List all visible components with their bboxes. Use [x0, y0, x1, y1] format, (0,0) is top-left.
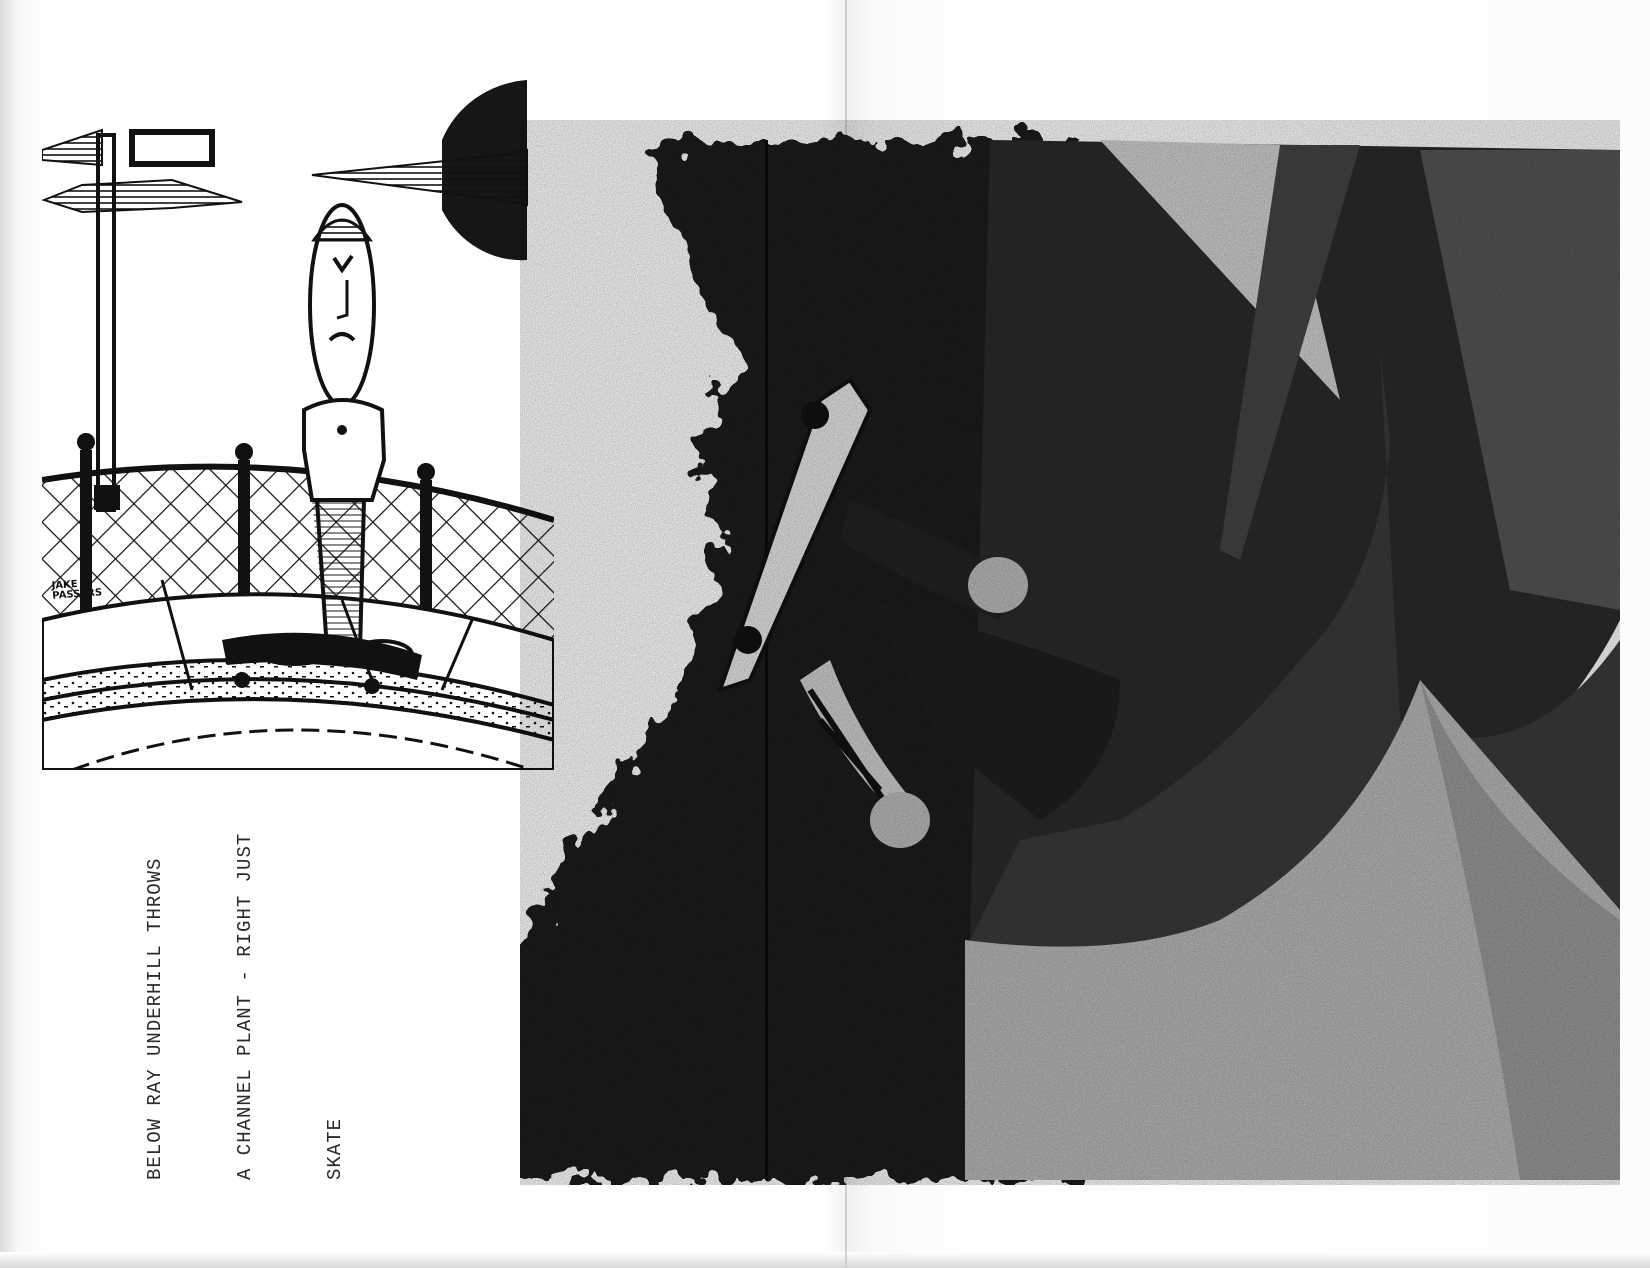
caption-line: A CHANNEL PLANT - RIGHT JUST: [230, 760, 260, 1180]
photo-caption: BELOW RAY UNDERHILL THROWS A CHANNEL PLA…: [80, 760, 410, 1180]
caption-line: BELOW RAY UNDERHILL THROWS: [140, 760, 170, 1180]
page-edge-bottom: [0, 1252, 1650, 1268]
caption-line: SKATE: [320, 760, 350, 1180]
skate-photo: [520, 120, 1620, 1185]
cartoon-illustration: [42, 80, 554, 770]
zine-spread: JAKE PASSERS: [0, 0, 1650, 1268]
page-edge-left: [0, 0, 18, 1268]
artist-signature: JAKE PASSERS: [51, 578, 102, 601]
lamp-post-icon: [42, 130, 242, 510]
